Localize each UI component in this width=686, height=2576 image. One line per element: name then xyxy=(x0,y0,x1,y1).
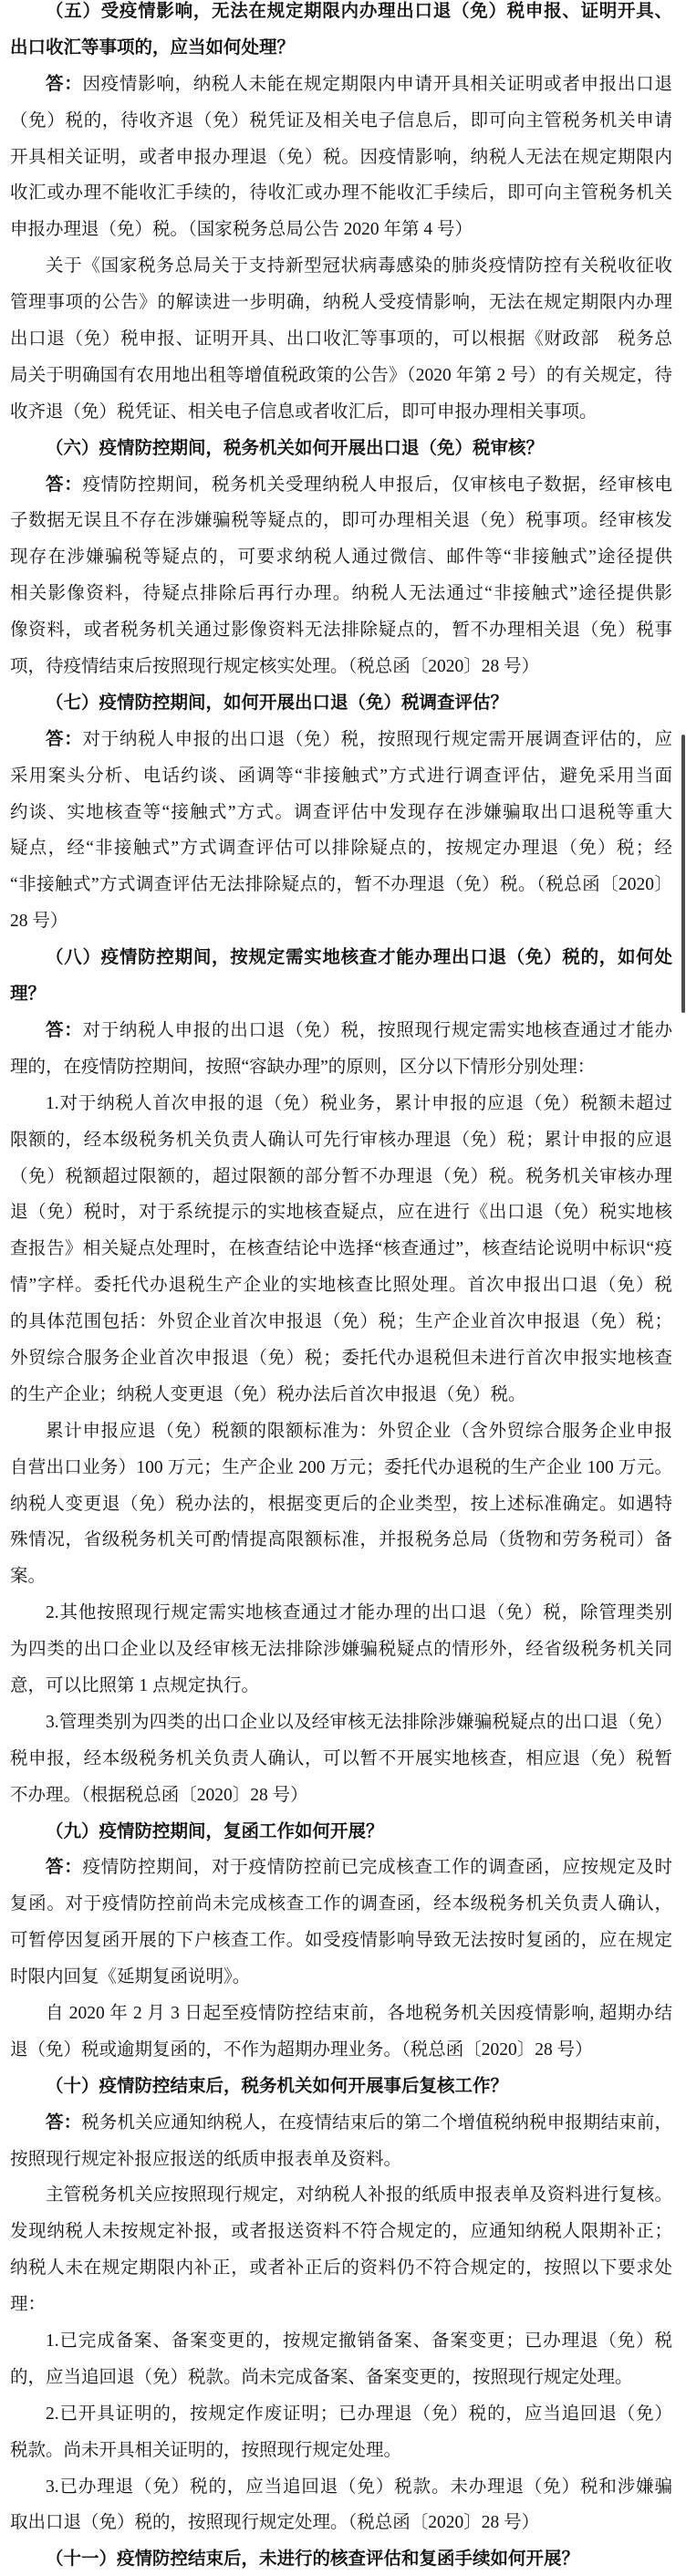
qa-section-5: （五）受疫情影响，无法在规定期限内办理出口退（免）税申报、证明开具、 出口收汇等… xyxy=(10,0,672,431)
paragraph-line: 现存在涉嫌骗税等疑点的，可要求纳税人通过微信、邮件等“非接触式”途径提供 xyxy=(10,539,672,576)
paragraph-line: 开具相关证明，或者申报办理退（免）税。因疫情影响，纳税人无法在规定期限内 xyxy=(10,140,672,176)
paragraph-line: 理： xyxy=(10,2287,672,2323)
paragraph-line: 关于《国家税务总局关于支持新型冠状病毒感染的肺炎疫情防控有关税收征收 xyxy=(10,248,672,285)
paragraph-line: 案。 xyxy=(10,1559,672,1595)
paragraph-line: 复函。对于疫情防控前尚未完成核查工作的调查函，经本级税务机关负责人确认， xyxy=(10,1886,672,1923)
qa-section-9: （九）疫情防控期间，复函工作如何开展？ 答：疫情防控期间，对于疫情防控前已完成核… xyxy=(10,1814,672,2069)
paragraph-line: 累计申报应退（免）税额的限额标准为：外贸企业（含外贸综合服务企业申报 xyxy=(10,1413,672,1450)
answer-paragraph: 答：对于纳税人申报的出口退（免）税，按照现行规定需实地核查通过才能办 理的，在疫… xyxy=(10,1013,672,1086)
paragraph-line: 答：税务机关应通知纳税人，在疫情结束后的第二个增值税纳税申报期结束前， xyxy=(10,2105,672,2142)
answer-label: 答： xyxy=(46,75,82,94)
paragraph-line: 1.已完成备案、备案变更的，按规定撤销备案、备案变更；已办理退（免）税 xyxy=(10,2323,672,2360)
line-text: 对于纳税人申报的出口退（免）税，按照现行规定需实地核查通过才能办 xyxy=(82,1021,672,1040)
numbered-paragraph: 3.已办理退（免）税的，应当追回退（免）税款。未办理退（免）税和涉嫌骗 取出口退… xyxy=(10,2469,672,2542)
paragraph-line: 退（免）税时，对于系统提示的实地核查疑点，应在进行《出口退（免）税实地核 xyxy=(10,1194,672,1231)
paragraph-line: 主管税务机关应按照现行规定，对纳税人补报的纸质申报表单及资料进行复核。 xyxy=(10,2177,672,2214)
heading-line: 出口收汇等事项的，应当如何处理？ xyxy=(10,30,672,67)
paragraph-line: 答：因疫情影响，纳税人未能在规定期限内申请开具相关证明或者申报出口退 xyxy=(10,67,672,103)
question-heading: （十一）疫情防控结束后，未进行的核查评估和复函手续如何开展？ xyxy=(10,2541,672,2576)
paragraph-line: 28 号） xyxy=(10,903,672,940)
paragraph-line: 的具体范围包括：外贸企业首次申报退（免）税；生产企业首次申报退（免）税； xyxy=(10,1304,672,1340)
heading-line: （十）疫情防控结束后，税务机关如何开展事后复核工作？ xyxy=(10,2069,672,2105)
line-text: 税务机关应通知纳税人，在疫情结束后的第二个增值税纳税申报期结束前， xyxy=(81,2113,672,2133)
numbered-paragraph: 1.对于纳税人首次申报的退（免）税业务，累计申报的应退（免）税额未超过 限额的，… xyxy=(10,1086,672,1413)
paragraph-line: 子数据无误且不存在涉嫌骗税等疑点的，即可办理相关退（免）税事项。经审核发 xyxy=(10,503,672,539)
question-heading: （七）疫情防控期间，如何开展出口退（免）税调查评估？ xyxy=(10,685,672,722)
answer-paragraph: 答：对于纳税人申报的出口退（免）税，按照现行规定需开展调查评估的，应 采用案头分… xyxy=(10,722,672,940)
line-text: 因疫情影响，纳税人未能在规定期限内申请开具相关证明或者申报出口退 xyxy=(82,75,672,94)
paragraph-line: 不办理。（根据税总函〔2020〕28 号） xyxy=(10,1778,672,1814)
answer-label: 答： xyxy=(46,475,82,495)
paragraph-line: 约谈、实地核查等“接触式”方式。调查评估中发现存在涉嫌骗取出口退税等重大 xyxy=(10,795,672,831)
paragraph-line: 采用案头分析、电话约谈、函调等“非接触式”方式进行调查评估，避免采用当面 xyxy=(10,758,672,795)
paragraph-line: 项，待疫情结束后按照现行规定核实处理。（税总函〔2020〕28 号） xyxy=(10,649,672,685)
paragraph-line: 答：疫情防控期间，税务机关受理纳税人申报后，仅审核电子数据，经审核电 xyxy=(10,467,672,504)
paragraph-line: 收齐退（免）税凭证、相关电子信息或者收汇后，即可申报办理相关事项。 xyxy=(10,394,672,431)
paragraph-line: 1.对于纳税人首次申报的退（免）税业务，累计申报的应退（免）税额未超过 xyxy=(10,1086,672,1122)
line-text: 疫情防控期间，税务机关受理纳税人申报后，仅审核电子数据，经审核电 xyxy=(82,475,672,495)
question-heading: （五）受疫情影响，无法在规定期限内办理出口退（免）税申报、证明开具、 出口收汇等… xyxy=(10,0,672,67)
body-paragraph: 主管税务机关应按照现行规定，对纳税人补报的纸质申报表单及资料进行复核。 发现纳税… xyxy=(10,2177,672,2323)
answer-label: 答： xyxy=(46,2113,81,2133)
paragraph-line: 2.已开具证明的，按规定作废证明；已办理退（免）税的，应当追回退（免） xyxy=(10,2396,672,2433)
paragraph-line: 自营出口业务）100 万元；生产企业 200 万元；委托代办退税的生产企业 10… xyxy=(10,1450,672,1486)
paragraph-line: 3.管理类别为四类的出口企业以及经审核无法排除涉嫌骗税疑点的出口退（免） xyxy=(10,1705,672,1741)
paragraph-line: 的生产企业；纳税人变更退（免）税办法后首次申报退（免）税。 xyxy=(10,1377,672,1413)
numbered-paragraph: 2.已开具证明的，按规定作废证明；已办理退（免）税的，应当追回退（免） 税款。尚… xyxy=(10,2396,672,2469)
paragraph-line: 纳税人变更退（免）税办法的，根据变更后的企业类型，按上述标准确定。如遇特 xyxy=(10,1486,672,1523)
paragraph-line: 局关于明确国有农用地出租等增值税政策的公告》（2020 年第 2 号）的有关规定… xyxy=(10,358,672,394)
paragraph-line: 按照现行规定补报应报送的纸质申报表单及资料。 xyxy=(10,2142,672,2178)
heading-line: 理？ xyxy=(10,976,672,1013)
paragraph-line: （免）税额超过限额的，超过限额的部分暂不办理退（免）税。税务机关审核办理 xyxy=(10,1159,672,1195)
body-paragraph: 自 2020 年 2 月 3 日起至疫情防控结束前，各地税务机关因疫情影响, 超… xyxy=(10,1996,672,2069)
paragraph-line: 相关影像资料，待疑点排除后再行办理。纳税人无法通过“非接触式”途径提供影 xyxy=(10,576,672,612)
answer-paragraph: 答：疫情防控期间，税务机关受理纳税人申报后，仅审核电子数据，经审核电 子数据无误… xyxy=(10,467,672,685)
scrollbar-thumb[interactable] xyxy=(681,735,685,1013)
heading-line: （七）疫情防控期间，如何开展出口退（免）税调查评估？ xyxy=(10,685,672,722)
line-text: 疫情防控期间，对于疫情防控前已完成核查工作的调查函，应按规定及时 xyxy=(82,1858,672,1877)
numbered-paragraph: 3.管理类别为四类的出口企业以及经审核无法排除涉嫌骗税疑点的出口退（免） 税申报… xyxy=(10,1705,672,1814)
question-heading: （六）疫情防控期间，税务机关如何开展出口退（免）税审核？ xyxy=(10,431,672,467)
answer-paragraph: 答：因疫情影响，纳税人未能在规定期限内申请开具相关证明或者申报出口退 （免）税的… xyxy=(10,67,672,248)
answer-label: 答： xyxy=(46,730,82,749)
paragraph-line: 像资料，或者税务机关通过影像资料无法排除疑点的，暂不办理相关退（免）税事 xyxy=(10,612,672,649)
answer-paragraph: 答：疫情防控期间，对于疫情防控前已完成核查工作的调查函，应按规定及时 复函。对于… xyxy=(10,1850,672,1996)
paragraph-line: 时限内回复《延期复函说明》。 xyxy=(10,1959,672,1996)
paragraph-line: 答：对于纳税人申报的出口退（免）税，按照现行规定需开展调查评估的，应 xyxy=(10,722,672,758)
heading-line: （五）受疫情影响，无法在规定期限内办理出口退（免）税申报、证明开具、 xyxy=(10,0,672,30)
paragraph-line: 纳税人未在规定期限内补正，或者补正后的资料仍不符合规定的，按照以下要求处 xyxy=(10,2250,672,2287)
paragraph-line: “非接触式”方式调查评估无法排除疑点的，暂不办理退（免）税。（税总函〔2020〕 xyxy=(10,867,672,903)
body-paragraph: 关于《国家税务总局关于支持新型冠状病毒感染的肺炎疫情防控有关税收征收 管理事项的… xyxy=(10,248,672,430)
paragraph-line: 收汇或办理不能收汇手续的，待收汇或办理不能收汇手续后，即可向主管税务机关 xyxy=(10,175,672,212)
paragraph-line: 可暂停因复函开展的下户核查工作。如受疫情影响导致无法按时复函的，应在规定 xyxy=(10,1923,672,1959)
numbered-paragraph: 1.已完成备案、备案变更的，按规定撤销备案、备案变更；已办理退（免）税 的，应当… xyxy=(10,2323,672,2396)
question-heading: （九）疫情防控期间，复函工作如何开展？ xyxy=(10,1814,672,1851)
question-heading: （十）疫情防控结束后，税务机关如何开展事后复核工作？ xyxy=(10,2069,672,2105)
paragraph-line: 3.已办理退（免）税的，应当追回退（免）税款。未办理退（免）税和涉嫌骗 xyxy=(10,2469,672,2506)
paragraph-line: （免）税的，待收齐退（免）税凭证及相关电子信息后，即可向主管税务机关申请 xyxy=(10,103,672,140)
qa-section-11: （十一）疫情防控结束后，未进行的核查评估和复函手续如何开展？ xyxy=(10,2541,672,2576)
body-paragraph: 累计申报应退（免）税额的限额标准为：外贸企业（含外贸综合服务企业申报 自营出口业… xyxy=(10,1413,672,1595)
paragraph-line: 取出口退（免）税的，按照现行规定处理。（税总函〔2020〕28 号） xyxy=(10,2505,672,2541)
paragraph-line: 发现纳税人未按规定补报，或者报送资料不符合规定的，应通知纳税人限期补正； xyxy=(10,2214,672,2250)
answer-label: 答： xyxy=(46,1021,82,1040)
paragraph-line: 退（免）税或逾期复函的，不作为超期办理业务。（税总函〔2020〕28 号） xyxy=(10,2032,672,2069)
heading-line: （六）疫情防控期间，税务机关如何开展出口退（免）税审核？ xyxy=(10,431,672,467)
paragraph-line: 答：对于纳税人申报的出口退（免）税，按照现行规定需实地核查通过才能办 xyxy=(10,1013,672,1049)
paragraph-line: 理的，在疫情防控期间，按照“容缺办理”的原则，区分以下情形分别处理： xyxy=(10,1049,672,1086)
line-text: 对于纳税人申报的出口退（免）税，按照现行规定需开展调查评估的，应 xyxy=(82,730,672,749)
paragraph-line: 的，应当追回退（免）税款。尚未完成备案、备案变更的，按照现行规定处理。 xyxy=(10,2360,672,2396)
answer-label: 答： xyxy=(46,1858,82,1877)
paragraph-line: 外贸综合服务企业首次申报退（免）税；委托代办退税但未进行首次申报实地核查 xyxy=(10,1340,672,1377)
paragraph-line: 答：疫情防控期间，对于疫情防控前已完成核查工作的调查函，应按规定及时 xyxy=(10,1850,672,1886)
qa-section-10: （十）疫情防控结束后，税务机关如何开展事后复核工作？ 答：税务机关应通知纳税人，… xyxy=(10,2069,672,2542)
answer-paragraph: 答：税务机关应通知纳税人，在疫情结束后的第二个增值税纳税申报期结束前， 按照现行… xyxy=(10,2105,672,2178)
paragraph-line: 为四类的出口企业以及经审核无法排除涉嫌骗税疑点的情形外，经省级税务机关同 xyxy=(10,1632,672,1668)
qa-section-8: （八）疫情防控期间，按规定需实地核查才能办理出口退（免）税的，如何处 理？ 答：… xyxy=(10,940,672,1813)
paragraph-line: 查报告》相关疑点处理时，在核查结论中选择“核查通过”，核查结论说明中标识“疫 xyxy=(10,1231,672,1267)
paragraph-line: 申报办理退（免）税。（国家税务总局公告 2020 年第 4 号） xyxy=(10,212,672,248)
paragraph-line: 税申报，经本级税务机关负责人确认，可以暂不开展实地核查，相应退（免）税暂 xyxy=(10,1741,672,1778)
paragraph-line: 情”字样。委托代办退税生产企业的实地核查比照处理。首次申报出口退（免）税 xyxy=(10,1267,672,1304)
paragraph-line: 疑点，经“非接触式”方式调查评估可以排除疑点的，按规定办理退（免）税；经 xyxy=(10,830,672,867)
paragraph-line: 自 2020 年 2 月 3 日起至疫情防控结束前，各地税务机关因疫情影响, 超… xyxy=(10,1996,672,2032)
paragraph-line: 管理事项的公告》的解读进一步明确，纳税人受疫情影响，无法在规定期限内办理 xyxy=(10,285,672,321)
paragraph-line: 意，可以比照第 1 点规定执行。 xyxy=(10,1668,672,1705)
paragraph-line: 税款。尚未开具相关证明的，按照现行规定处理。 xyxy=(10,2433,672,2469)
question-heading: （八）疫情防控期间，按规定需实地核查才能办理出口退（免）税的，如何处 理？ xyxy=(10,940,672,1013)
paragraph-line: 限额的，经本级税务机关负责人确认可先行审核办理退（免）税；累计申报的应退 xyxy=(10,1122,672,1159)
numbered-paragraph: 2.其他按照现行规定需实地核查通过才能办理的出口退（免）税，除管理类别 为四类的… xyxy=(10,1595,672,1705)
paragraph-line: 2.其他按照现行规定需实地核查通过才能办理的出口退（免）税，除管理类别 xyxy=(10,1595,672,1632)
qa-section-6: （六）疫情防控期间，税务机关如何开展出口退（免）税审核？ 答：疫情防控期间，税务… xyxy=(10,431,672,685)
heading-line: （八）疫情防控期间，按规定需实地核查才能办理出口退（免）税的，如何处 xyxy=(10,940,672,976)
paragraph-line: 出口退（免）税申报、证明开具、出口收汇等事项的，可以根据《财政部 税务总 xyxy=(10,321,672,358)
qa-section-7: （七）疫情防控期间，如何开展出口退（免）税调查评估？ 答：对于纳税人申报的出口退… xyxy=(10,685,672,940)
paragraph-line: 殊情况，省级税务机关可酌情提高限额标准，并报税务总局（货物和劳务税司）备 xyxy=(10,1522,672,1559)
heading-line: （九）疫情防控期间，复函工作如何开展？ xyxy=(10,1814,672,1851)
heading-line: （十一）疫情防控结束后，未进行的核查评估和复函手续如何开展？ xyxy=(10,2541,672,2576)
document-body: （五）受疫情影响，无法在规定期限内办理出口退（免）税申报、证明开具、 出口收汇等… xyxy=(10,0,672,2576)
